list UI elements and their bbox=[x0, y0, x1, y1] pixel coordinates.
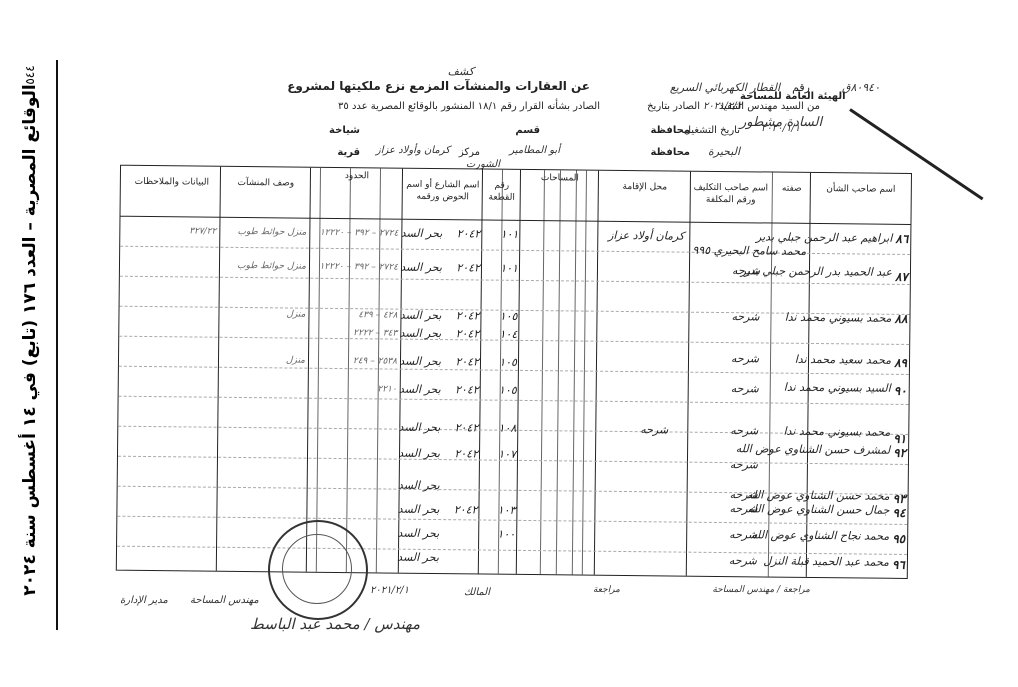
street-name: بحر السد bbox=[399, 327, 441, 340]
street-name: بحر السد bbox=[401, 227, 443, 240]
street-name: بحر السد bbox=[400, 309, 442, 322]
street-name: بحر السد bbox=[398, 447, 440, 460]
table-row: ٨٦ ابراهيم عبد الرحمن جبلي بدير محمد سام… bbox=[121, 166, 911, 174]
page-number: ٥٤٤ bbox=[23, 65, 37, 84]
start-date-label: تاريخ التشغيل bbox=[684, 125, 740, 136]
parcel-number: ١٠٥ bbox=[499, 384, 517, 397]
row-number: ٩١ bbox=[893, 432, 906, 446]
th-residence: محل الإقامة bbox=[601, 181, 689, 194]
th-parcel: رقم القطعة bbox=[483, 180, 521, 204]
authority-signature: السادة مشطور bbox=[740, 115, 822, 130]
table-row: ٩٠ السيد بسيوني محمد ندا شرحه ١٠٥ ٢٠٤٢ ب… bbox=[121, 166, 911, 174]
number-value: ٨٠٩٤٠ق bbox=[842, 81, 880, 94]
basin-number: ٢٠٤٢ bbox=[457, 227, 481, 240]
street-name: بحر السد bbox=[399, 421, 441, 434]
street-name: بحر السد bbox=[399, 383, 441, 396]
owner-name: محمد عبد الحميد قبلة النزل bbox=[763, 554, 889, 568]
table-row: ٩١ محمد بسيوني محمد ندا شرحه شرحه ١٠٨ ٢٠… bbox=[121, 166, 911, 174]
boundaries: ٢٥٣٨ – ٢٤٩ bbox=[353, 356, 397, 366]
th-street: اسم الشارع أو اسم الحوض ورقمه bbox=[403, 179, 483, 204]
row-number: ٩٠ bbox=[894, 384, 907, 398]
street-name: بحر السد bbox=[398, 479, 440, 492]
running-header: ٥٤٤ الوقائع المصرية – العدد ١٧٦ (تابع) ف… bbox=[0, 40, 60, 640]
owner-name: محمد حسن الشناوي عوض الله bbox=[747, 488, 890, 502]
running-title: الوقائع المصرية – العدد ١٧٦ (تابع) في ١٤… bbox=[20, 84, 40, 595]
owner-name: جمال حسن الشناوي عوض الله bbox=[748, 502, 890, 516]
table-row: ٨٧ عبد الحميد بدر الرحمن جبلي بدير شرحه … bbox=[121, 166, 911, 174]
description: منزل حوائط طوب bbox=[237, 227, 306, 238]
taxpayer: شرحه bbox=[732, 264, 760, 277]
authority-label: الهيئة العامة للمساحة bbox=[740, 91, 846, 102]
col-divider bbox=[540, 170, 545, 574]
description: منزل bbox=[286, 355, 305, 365]
owner-name: محمد سعيد محمد ندا bbox=[795, 353, 891, 367]
col-divider bbox=[594, 171, 599, 575]
basin-number: ٢٠٤٢ bbox=[456, 309, 480, 322]
taxpayer: شرحه bbox=[730, 458, 758, 471]
street-name: بحر السد bbox=[399, 355, 441, 368]
notes: ٣٢٧/٢٢ bbox=[189, 226, 216, 236]
markaz-value: أبو المطامير bbox=[509, 145, 560, 156]
signature-2: مهندس المساحة bbox=[190, 595, 259, 606]
row-rule bbox=[117, 516, 907, 525]
owner-name: السيد بسيوني محمد ندا bbox=[784, 381, 891, 395]
th-taxpayer: اسم صاحب التكليف ورقم المكلفة bbox=[691, 182, 771, 207]
taxpayer: شرحه bbox=[730, 488, 758, 501]
col-divider bbox=[556, 170, 561, 574]
governorate2-label: محافظة bbox=[650, 147, 690, 158]
basin-number: ٢٠٤٢ bbox=[456, 327, 480, 340]
parcel-number: ١٠٤ bbox=[499, 328, 517, 341]
parcel-number: ١٠٥ bbox=[499, 356, 517, 369]
row-number: ٩٣ bbox=[893, 492, 906, 506]
row-number: ٨٧ bbox=[895, 270, 908, 284]
th-description: وصف المنشآت bbox=[221, 177, 311, 190]
owner-name: محمد بسيوني محمد ندا bbox=[785, 311, 892, 325]
th-areas: المساحات bbox=[521, 172, 599, 185]
governorate2-value: البحيرة bbox=[708, 145, 740, 158]
taxpayer: شرحه bbox=[729, 554, 757, 567]
markaz-label: مركز bbox=[459, 147, 480, 158]
table-row: ٩٤ جمال حسن الشناوي عوض الله شرحه ١٠٣ ٢٠… bbox=[121, 166, 911, 174]
boundaries: ٢٢١٠ bbox=[377, 384, 396, 394]
decree-line: الصادر بشأنه القرار رقم ١٨/١ المنشور بال… bbox=[338, 101, 600, 112]
residence: كرمان أولاد عزاز bbox=[608, 229, 684, 243]
th-relation: صفته bbox=[773, 183, 811, 195]
taxpayer: شرحه bbox=[730, 424, 758, 437]
stamp-date: ٢٠٢١/٢/١ bbox=[370, 585, 409, 596]
residence: شرحه bbox=[640, 423, 668, 436]
col-divider bbox=[572, 170, 577, 574]
properties-table: اسم صاحب الشأن صفته اسم صاحب التكليف ورق… bbox=[116, 165, 912, 579]
village-value: كرمان وأولاد عزاز bbox=[376, 145, 450, 156]
top-scribble: كشف bbox=[448, 65, 474, 78]
parcel-number: ١٠٣ bbox=[498, 504, 516, 517]
basin-number: ٢٠٤٢ bbox=[454, 447, 478, 460]
basin-number: ٢٠٤٢ bbox=[454, 503, 478, 516]
col-divider bbox=[582, 171, 587, 575]
review-note-right: مراجعة / مهندس المساحة bbox=[712, 585, 810, 595]
header-row-rule bbox=[120, 216, 910, 225]
table-row: ١٠٤ ٢٠٤٢ بحر السد ٣٤٣ – ٢٢٢٢ bbox=[121, 166, 911, 174]
street-name: بحر السد bbox=[397, 527, 439, 540]
boundaries: ٢٧٢٤ – ٣٩٢ – ١٢٢٢٠ bbox=[319, 262, 398, 273]
basin-number: ٢٠٤٢ bbox=[455, 421, 479, 434]
bottom-signature: مهندس / محمد عبد الباسط bbox=[250, 615, 420, 633]
shiakha-label: شياخة bbox=[329, 125, 360, 136]
from-label: من السيد مهندس التنفيذ bbox=[719, 101, 820, 112]
row-number: ٨٨ bbox=[895, 312, 908, 326]
parcel-number: ١٠١ bbox=[500, 262, 518, 275]
row-number: ٨٦ bbox=[895, 232, 908, 246]
parcel-number: ١٠١ bbox=[501, 228, 519, 241]
official-stamp bbox=[268, 520, 368, 620]
th-boundaries: الحدود bbox=[311, 170, 403, 183]
taxpayer: شرحه bbox=[731, 382, 759, 395]
row-number: ٩٢ bbox=[893, 446, 906, 460]
row-rule bbox=[119, 396, 909, 405]
taxpayer: شرحه bbox=[731, 310, 759, 323]
table-row: ٩٥ محمد نجاح الشناوي عوض الله شرحه ١٠٠ ب… bbox=[121, 166, 911, 174]
street-name: بحر السد bbox=[397, 551, 439, 564]
qism-label: قسم bbox=[515, 125, 540, 136]
table-row: ٩٢ لمشرف حسن الشناوي عوض الله شرحه ١٠٧ ٢… bbox=[121, 166, 911, 174]
row-number: ٨٩ bbox=[894, 356, 907, 370]
parcel-number: ١٠٨ bbox=[499, 422, 517, 435]
signature-1: مدير الإدارة bbox=[120, 595, 168, 606]
parcel-number: ١٠٧ bbox=[498, 448, 516, 461]
issued-date-label: الصادر بتاريخ bbox=[647, 101, 700, 112]
boundaries: ٤٢٨ – ٤٣٩ bbox=[358, 310, 397, 320]
row-rule bbox=[117, 546, 907, 555]
village-label: قرية bbox=[337, 147, 360, 158]
taxpayer: شرحه bbox=[731, 352, 759, 365]
taxpayer: شرحه bbox=[729, 502, 757, 515]
basin-number: ٢٠٤٢ bbox=[456, 261, 480, 274]
owner-name: عبد الحميد بدر الرحمن جبلي بدير bbox=[741, 264, 892, 279]
parcel-number: ١٠٠ bbox=[497, 528, 515, 541]
street-name: بحر السد bbox=[398, 503, 440, 516]
form-title: عن العقارات والمنشآت المزمع نزع ملكيتها … bbox=[287, 79, 590, 93]
parcel-number: ١٠٥ bbox=[500, 310, 518, 323]
table-row: ٨٩ محمد سعيد محمد ندا شرحه ١٠٥ ٢٠٤٢ بحر … bbox=[121, 166, 911, 174]
boundaries: ٣٤٣ – ٢٢٢٢ bbox=[353, 328, 397, 338]
basin-number: ٢٠٤٢ bbox=[455, 383, 479, 396]
row-number: ٩٥ bbox=[892, 532, 905, 546]
table-row: ٩٦ محمد عبد الحميد قبلة النزل شرحه بحر ا… bbox=[121, 166, 911, 174]
description: منزل حوائط طوب bbox=[237, 261, 306, 272]
owner-name: محمد بسيوني محمد ندا bbox=[783, 425, 890, 439]
col-divider bbox=[306, 168, 311, 572]
street-name: بحر السد bbox=[400, 261, 442, 274]
th-owner-name: اسم صاحب الشأن bbox=[815, 183, 907, 196]
scanned-form: كشف عن العقارات والمنشآت المزمع نزع ملكي… bbox=[100, 55, 920, 655]
table-row: ٩٣ محمد حسن الشناوي عوض الله شرحه بحر ال… bbox=[121, 166, 911, 174]
basin-number: ٢٠٤٢ bbox=[455, 355, 479, 368]
running-header-rule bbox=[56, 60, 58, 630]
col-divider bbox=[216, 167, 221, 571]
review-note-mid: مراجعة bbox=[593, 585, 620, 595]
col-divider bbox=[686, 172, 691, 576]
boundaries: ٢٧٢٤ – ٣٩٢ – ١٢٢٢٠ bbox=[320, 228, 399, 239]
taxpayer: شرحه bbox=[729, 528, 757, 541]
th-notes: البيانات والملاحظات bbox=[123, 176, 221, 189]
taxpayer: محمد سامح البحيري ٩٩٥ bbox=[692, 244, 806, 258]
owner-name: ابراهيم عبد الرحمن جبلي بدير bbox=[756, 230, 892, 244]
owner-name: محمد نجاح الشناوي عوض الله bbox=[751, 528, 889, 542]
description: منزل bbox=[286, 309, 305, 319]
table-row: ٨٨ محمد بسيوني محمد ندا شرحه ١٠٥ ٢٠٤٢ بح… bbox=[121, 166, 911, 174]
owner-note: المالك bbox=[464, 587, 490, 598]
row-number: ٩٦ bbox=[892, 558, 905, 572]
owner-name: لمشرف حسن الشناوي عوض الله bbox=[736, 442, 890, 457]
row-number: ٩٤ bbox=[892, 506, 905, 520]
